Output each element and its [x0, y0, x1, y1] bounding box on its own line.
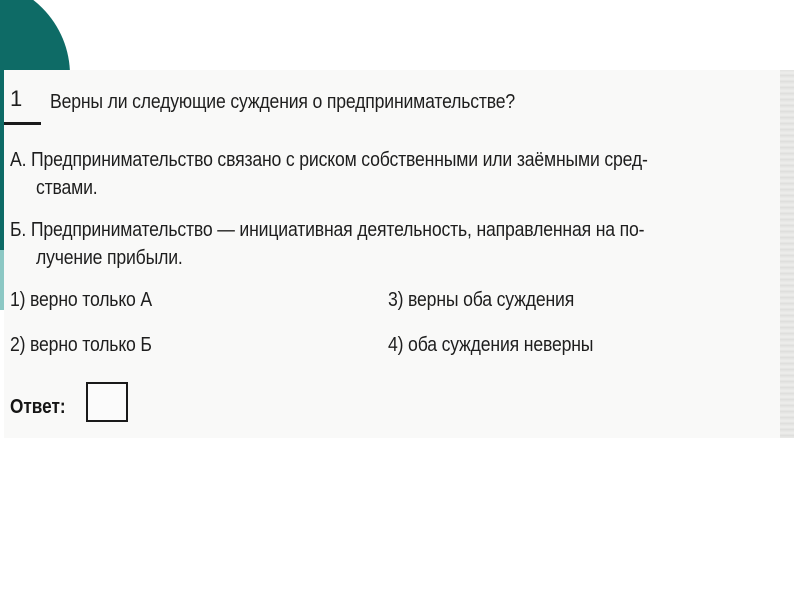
- question-number-underline: [4, 122, 41, 125]
- scan-edge-shadow: [780, 70, 794, 438]
- option-1[interactable]: 1) верно только А: [10, 288, 152, 312]
- question-prompt: Верны ли следующие суждения о предприним…: [50, 90, 515, 114]
- statement-a-line2: ствами.: [36, 176, 98, 200]
- statement-a-line1: А. Предпринимательство связано с риском …: [10, 148, 648, 172]
- question-number: 1: [10, 86, 22, 112]
- statement-b-line2: лучение прибыли.: [36, 246, 183, 270]
- option-2[interactable]: 2) верно только Б: [10, 333, 152, 357]
- scanned-task-page: 1 Верны ли следующие суждения о предприн…: [4, 70, 794, 438]
- answer-input-box[interactable]: [86, 382, 128, 422]
- statement-b-line1: Б. Предпринимательство — инициативная де…: [10, 218, 644, 242]
- option-4[interactable]: 4) оба суждения неверны: [388, 333, 593, 357]
- answer-label: Ответ:: [10, 396, 66, 419]
- option-3[interactable]: 3) верны оба суждения: [388, 288, 574, 312]
